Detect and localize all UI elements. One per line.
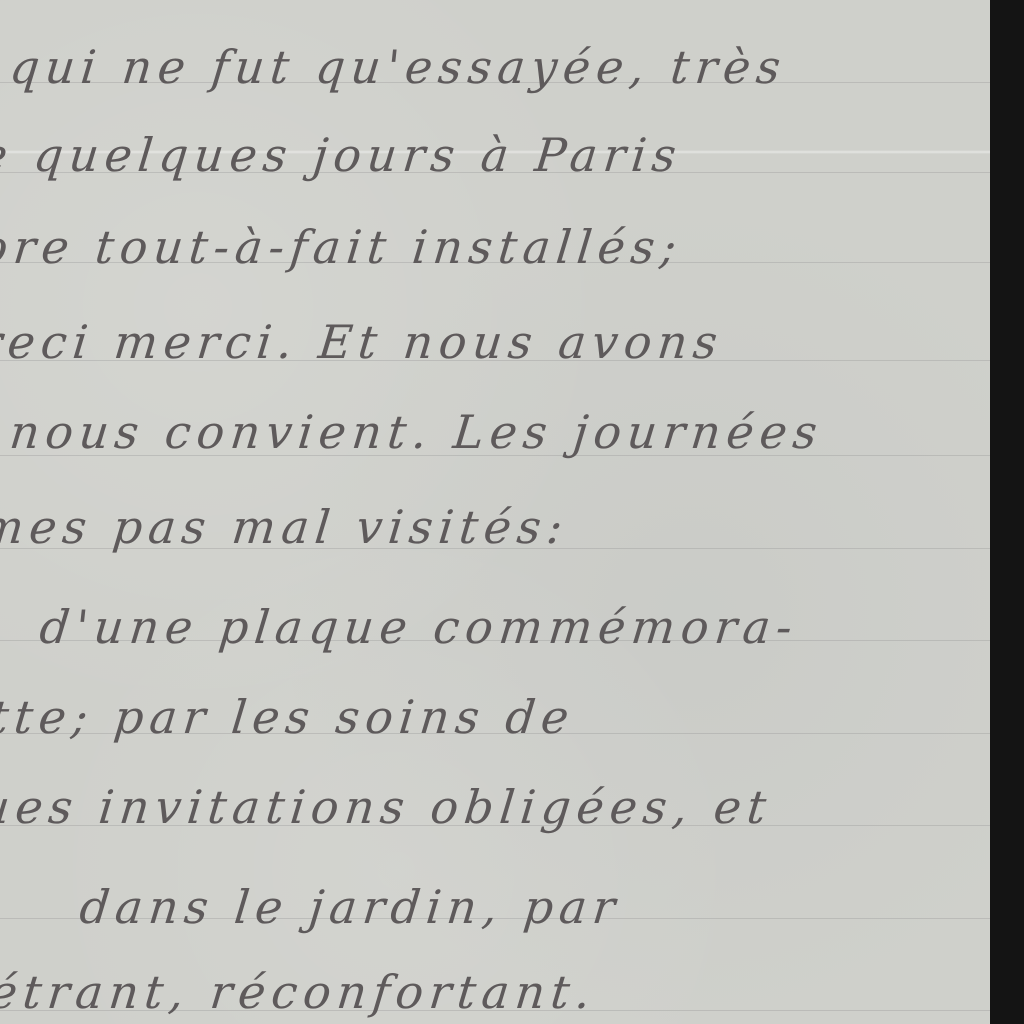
handwritten-line-4: reci merci. Et nous avons <box>0 315 726 369</box>
handwritten-line-3: ore tout-à-fait installés; <box>0 220 685 274</box>
scan-border-edge <box>990 0 1024 1024</box>
handwritten-line-6: mes pas mal visités: <box>0 500 571 554</box>
handwritten-line-1: qui ne fut qu'essayée, très <box>7 40 789 94</box>
handwritten-line-2: e quelques jours à Paris <box>0 128 685 182</box>
handwritten-line-9: ues invitations obligées, et <box>0 780 775 834</box>
handwritten-line-7: d'une plaque commémora- <box>37 600 801 654</box>
handwritten-line-5: nous convient. Les journées <box>7 405 825 459</box>
handwritten-line-11: étrant, réconfortant. <box>0 965 599 1019</box>
handwritten-line-8: tte; par les soins de <box>0 690 577 744</box>
handwritten-line-10: dans le jardin, par <box>77 880 624 934</box>
letter-page: qui ne fut qu'essayée, très e quelques j… <box>0 0 990 1024</box>
